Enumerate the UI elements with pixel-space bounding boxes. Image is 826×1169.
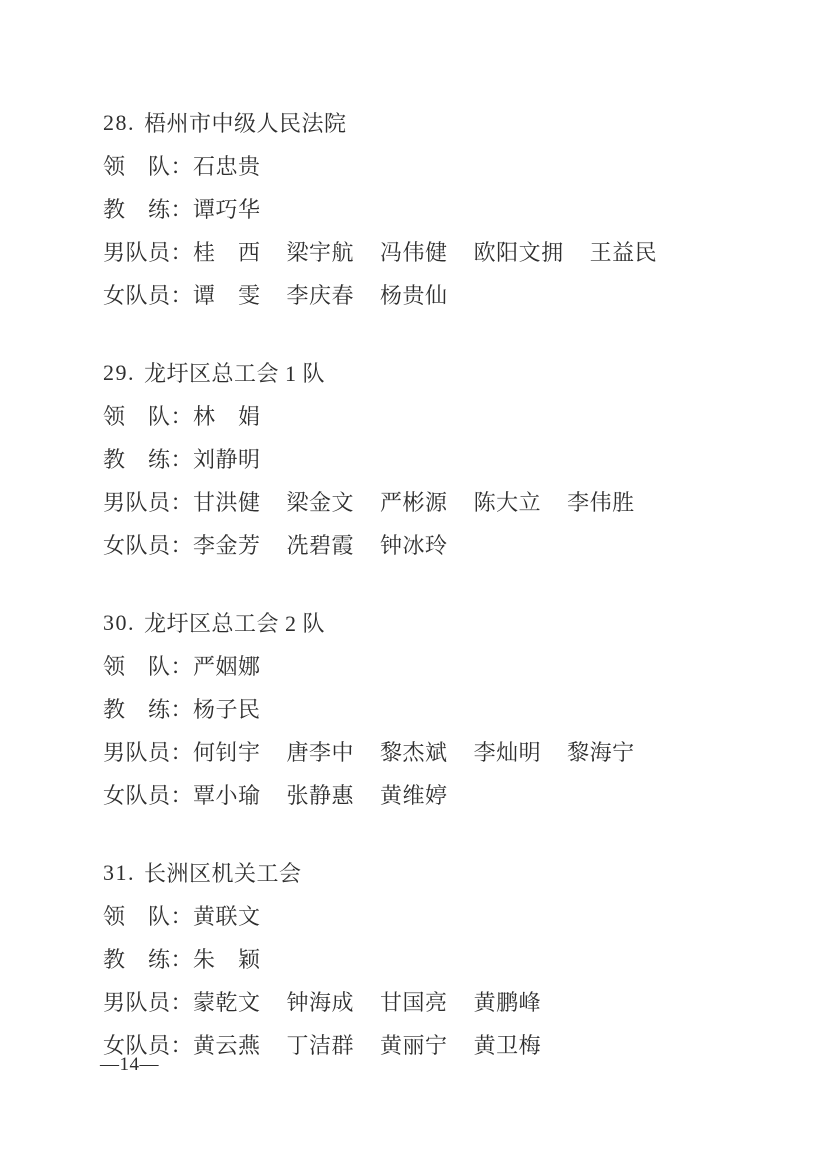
member-name: 石忠贵 <box>193 150 261 181</box>
leader-label: 领 队： <box>103 650 193 681</box>
team-heading: 28. 梧州市中级人民法院 <box>103 101 776 144</box>
member-name: 黎杰斌 <box>380 736 448 767</box>
leader-line: 领 队： 严姻娜 <box>103 644 776 687</box>
member-name: 李伟胜 <box>567 486 635 517</box>
name-list: 何钊宇唐李中黎杰斌李灿明黎海宁 <box>193 736 635 767</box>
name-list: 石忠贵 <box>193 150 261 181</box>
male-players-label: 男队员： <box>103 986 193 1017</box>
member-name: 朱 颖 <box>193 943 261 974</box>
female-players-line: 女队员： 李金芳冼碧霞钟冰玲 <box>103 523 776 566</box>
name-list: 黄联文 <box>193 900 261 931</box>
name-list: 谭巧华 <box>193 193 261 224</box>
coach-label: 教 练： <box>103 193 193 224</box>
leader-line: 领 队： 石忠贵 <box>103 144 776 187</box>
member-name: 甘国亮 <box>380 986 448 1017</box>
member-name: 林 娟 <box>193 400 261 431</box>
team-section-28: 28. 梧州市中级人民法院 领 队： 石忠贵 教 练： 谭巧华 男队员： 桂 西… <box>103 101 776 316</box>
member-name: 欧阳文拥 <box>474 236 564 267</box>
member-name: 唐李中 <box>287 736 355 767</box>
member-name: 李庆春 <box>287 279 355 310</box>
member-name: 梁金文 <box>287 486 355 517</box>
team-number: 28. <box>103 110 135 136</box>
member-name: 蒙乾文 <box>193 986 261 1017</box>
member-name: 杨子民 <box>193 693 261 724</box>
team-heading: 29. 龙圩区总工会 1 队 <box>103 351 776 394</box>
name-list: 严姻娜 <box>193 650 261 681</box>
member-name: 冼碧霞 <box>287 529 355 560</box>
name-list: 谭 雯李庆春杨贵仙 <box>193 279 448 310</box>
member-name: 李金芳 <box>193 529 261 560</box>
name-list: 朱 颖 <box>193 943 261 974</box>
member-name: 黎海宁 <box>567 736 635 767</box>
member-name: 杨贵仙 <box>380 279 448 310</box>
member-name: 黄鹏峰 <box>474 986 542 1017</box>
name-list: 桂 西梁宇航冯伟健欧阳文拥王益民 <box>193 236 657 267</box>
female-players-line: 女队员： 黄云燕丁洁群黄丽宁黄卫梅 <box>103 1023 776 1066</box>
team-title: 梧州市中级人民法院 <box>144 107 347 138</box>
team-number: 29. <box>103 360 135 386</box>
name-list: 蒙乾文钟海成甘国亮黄鹏峰 <box>193 986 541 1017</box>
name-list: 刘静明 <box>193 443 261 474</box>
member-name: 严彬源 <box>380 486 448 517</box>
member-name: 甘洪健 <box>193 486 261 517</box>
coach-label: 教 练： <box>103 693 193 724</box>
leader-label: 领 队： <box>103 150 193 181</box>
coach-line: 教 练： 杨子民 <box>103 687 776 730</box>
coach-line: 教 练： 刘静明 <box>103 437 776 480</box>
team-section-29: 29. 龙圩区总工会 1 队 领 队： 林 娟 教 练： 刘静明 男队员： 甘洪… <box>103 351 776 566</box>
leader-label: 领 队： <box>103 900 193 931</box>
member-name: 黄联文 <box>193 900 261 931</box>
member-name: 谭 雯 <box>193 279 261 310</box>
female-players-line: 女队员： 谭 雯李庆春杨贵仙 <box>103 273 776 316</box>
member-name: 黄维婷 <box>380 779 448 810</box>
member-name: 黄丽宁 <box>380 1029 448 1060</box>
name-list: 林 娟 <box>193 400 261 431</box>
coach-line: 教 练： 谭巧华 <box>103 187 776 230</box>
document-page: 28. 梧州市中级人民法院 领 队： 石忠贵 教 练： 谭巧华 男队员： 桂 西… <box>0 0 826 1169</box>
member-name: 谭巧华 <box>193 193 261 224</box>
male-players-line: 男队员： 甘洪健梁金文严彬源陈大立李伟胜 <box>103 480 776 523</box>
member-name: 覃小瑜 <box>193 779 261 810</box>
team-number: 30. <box>103 610 135 636</box>
name-list: 覃小瑜张静惠黄维婷 <box>193 779 448 810</box>
female-players-label: 女队员： <box>103 279 193 310</box>
document-content: 28. 梧州市中级人民法院 领 队： 石忠贵 教 练： 谭巧华 男队员： 桂 西… <box>0 0 826 1066</box>
member-name: 梁宇航 <box>287 236 355 267</box>
name-list: 杨子民 <box>193 693 261 724</box>
coach-line: 教 练： 朱 颖 <box>103 937 776 980</box>
team-section-31: 31. 长洲区机关工会 领 队： 黄联文 教 练： 朱 颖 男队员： 蒙乾文钟海… <box>103 851 776 1066</box>
male-players-label: 男队员： <box>103 486 193 517</box>
team-heading: 31. 长洲区机关工会 <box>103 851 776 894</box>
member-name: 丁洁群 <box>287 1029 355 1060</box>
coach-label: 教 练： <box>103 443 193 474</box>
team-number: 31. <box>103 860 135 886</box>
member-name: 何钊宇 <box>193 736 261 767</box>
team-heading: 30. 龙圩区总工会 2 队 <box>103 601 776 644</box>
name-list: 甘洪健梁金文严彬源陈大立李伟胜 <box>193 486 635 517</box>
female-players-line: 女队员： 覃小瑜张静惠黄维婷 <box>103 773 776 816</box>
male-players-label: 男队员： <box>103 736 193 767</box>
member-name: 钟海成 <box>287 986 355 1017</box>
member-name: 陈大立 <box>474 486 542 517</box>
leader-line: 领 队： 黄联文 <box>103 894 776 937</box>
female-players-label: 女队员： <box>103 529 193 560</box>
leader-label: 领 队： <box>103 400 193 431</box>
member-name: 黄云燕 <box>193 1029 261 1060</box>
member-name: 桂 西 <box>193 236 261 267</box>
team-title: 龙圩区总工会 2 队 <box>144 607 325 638</box>
member-name: 刘静明 <box>193 443 261 474</box>
male-players-line: 男队员： 何钊宇唐李中黎杰斌李灿明黎海宁 <box>103 730 776 773</box>
male-players-label: 男队员： <box>103 236 193 267</box>
leader-line: 领 队： 林 娟 <box>103 394 776 437</box>
name-list: 黄云燕丁洁群黄丽宁黄卫梅 <box>193 1029 541 1060</box>
coach-label: 教 练： <box>103 943 193 974</box>
member-name: 钟冰玲 <box>380 529 448 560</box>
male-players-line: 男队员： 蒙乾文钟海成甘国亮黄鹏峰 <box>103 980 776 1023</box>
team-title: 龙圩区总工会 1 队 <box>144 357 325 388</box>
female-players-label: 女队员： <box>103 779 193 810</box>
male-players-line: 男队员： 桂 西梁宇航冯伟健欧阳文拥王益民 <box>103 230 776 273</box>
member-name: 王益民 <box>590 236 658 267</box>
name-list: 李金芳冼碧霞钟冰玲 <box>193 529 448 560</box>
member-name: 严姻娜 <box>193 650 261 681</box>
team-title: 长洲区机关工会 <box>144 857 302 888</box>
member-name: 黄卫梅 <box>474 1029 542 1060</box>
member-name: 冯伟健 <box>380 236 448 267</box>
team-section-30: 30. 龙圩区总工会 2 队 领 队： 严姻娜 教 练： 杨子民 男队员： 何钊… <box>103 601 776 816</box>
member-name: 张静惠 <box>287 779 355 810</box>
member-name: 李灿明 <box>474 736 542 767</box>
page-number: —14— <box>100 1054 159 1076</box>
